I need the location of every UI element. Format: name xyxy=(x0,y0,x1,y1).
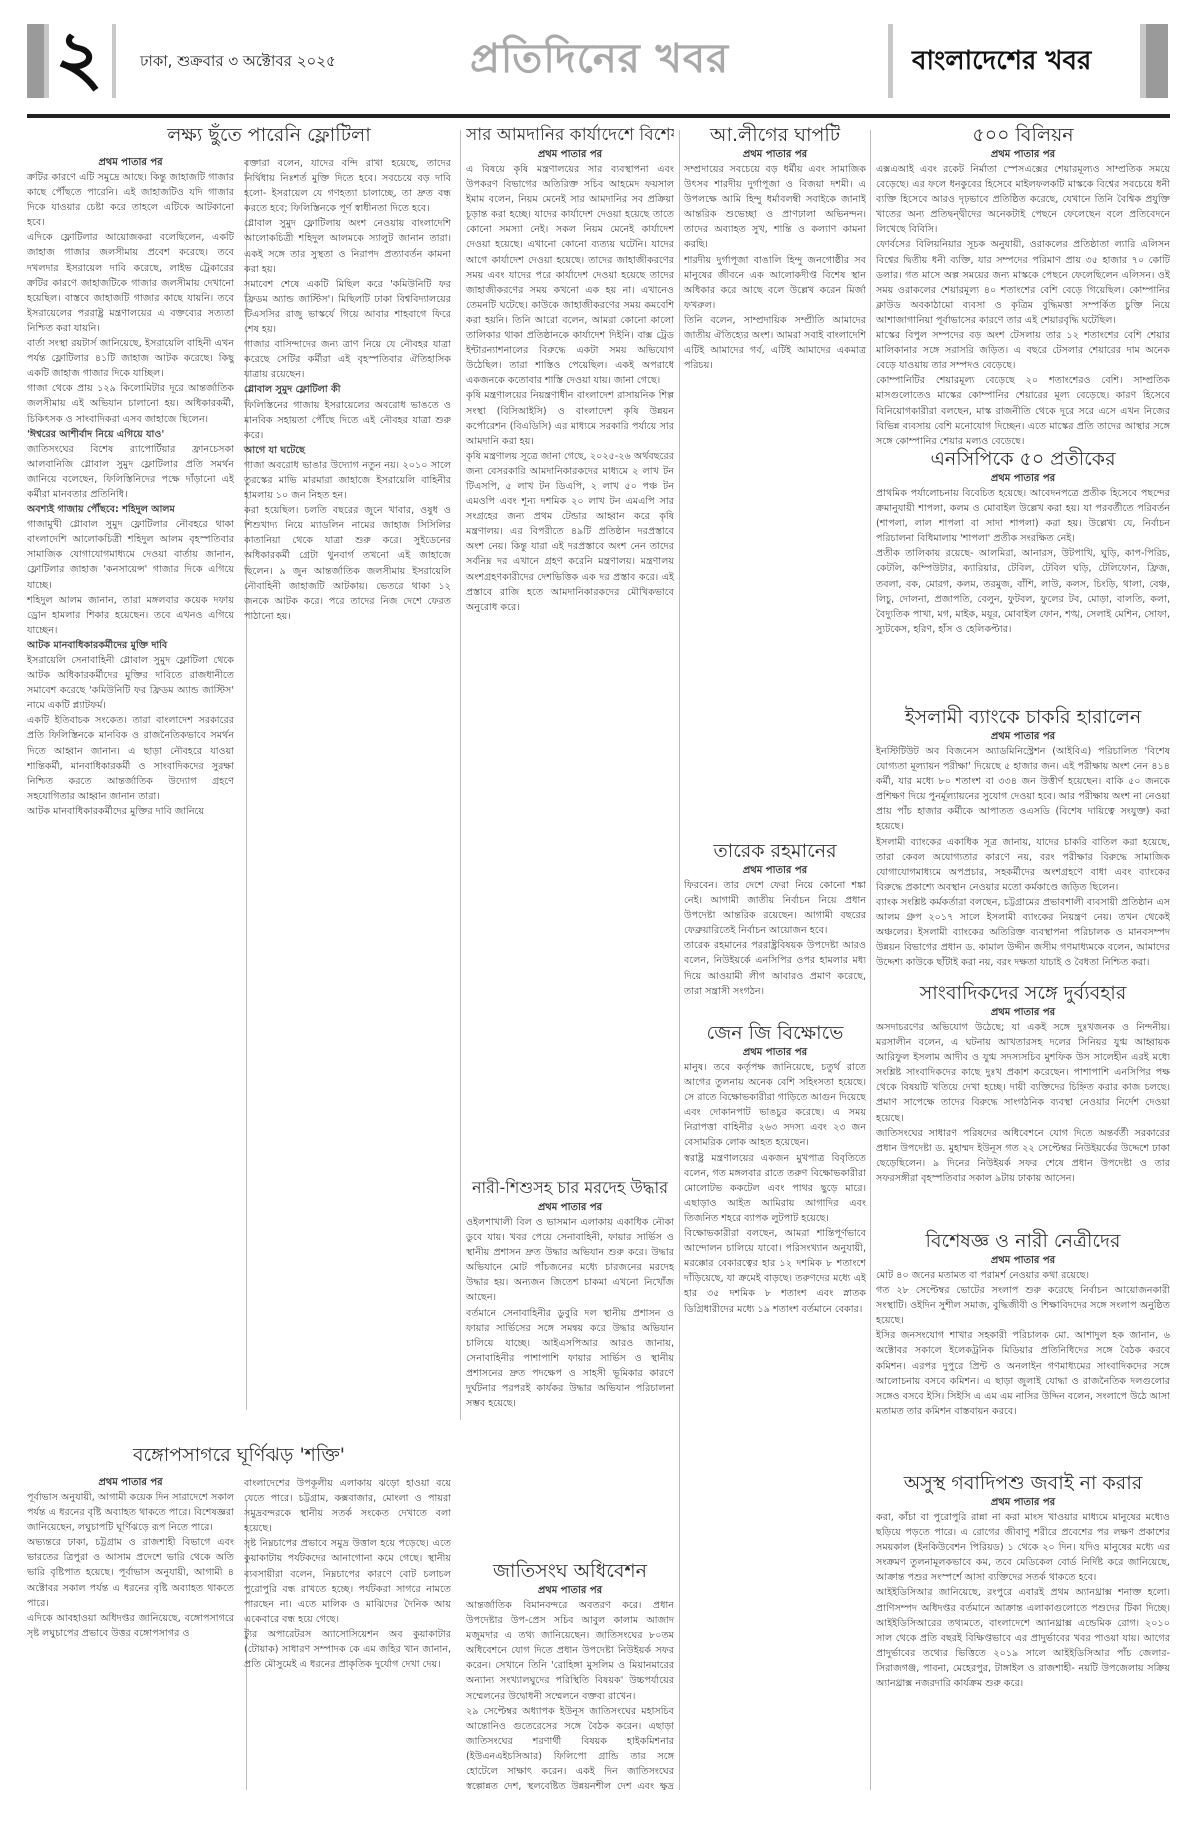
paragraph: ক্রটির কারণে এটি সমুদ্রে আছে। কিন্তু জাহ… xyxy=(27,170,234,230)
article-body: ইনস্টিটিউট অব বিজনেস অ্যাডমিনিস্ট্রেশন (… xyxy=(876,744,1170,970)
article-four-bodies: নারী-শিশুসহ চার মরদেহ উদ্ধার প্রথম পাতার… xyxy=(466,1175,674,1555)
paragraph: মানুষ। তবে কর্তৃপক্ষ জানিয়েছে, চতুর্থ র… xyxy=(684,1060,866,1151)
paragraph: অসদাচরণের অভিযোগ উঠেছে; যা একই সঙ্গে দুঃ… xyxy=(876,1020,1170,1126)
paragraph: আটক মানবাধিকারকর্মীদের মুক্তির দাবি জানি… xyxy=(27,804,234,819)
subhead: গ্লোবাল সুমুদ ফ্লোটিলা কী xyxy=(244,382,451,397)
paragraph: ফোর্বসের বিলিয়নিয়ার সূচক অনুযায়ী, ওরা… xyxy=(876,237,1170,328)
article-body: এক্সএআই এবং রকেট নির্মাতা স্পেসএক্সের শে… xyxy=(876,162,1170,444)
paragraph: প্রতীক তালিকায় রয়েছে- আলমিরা, আনারস, উ… xyxy=(876,546,1170,637)
paragraph: তিনি বলেন, সাম্প্রদায়িক সম্প্রীতি আমাদে… xyxy=(684,313,866,373)
paragraph: মাস্কের বিপুল সম্পদের বড় অংশ টেসলায় তা… xyxy=(876,328,1170,373)
divider xyxy=(112,24,116,98)
paragraph: স্বরাষ্ট্র মন্ত্রণালয়ের একজন মুখপাত্র ব… xyxy=(684,1151,866,1226)
article-tarique: তারেক রহমানের প্রথম পাতার পর ফিরবেন। তার… xyxy=(684,838,866,1018)
article-body: বক্তারা বলেন, যাদের বন্দি রাখা হয়েছে, ত… xyxy=(244,156,451,624)
article-anthrax: অসুস্থ গবাদিপশু জবাই না করার প্রথম পাতার… xyxy=(876,1470,1170,1790)
article-journalists: সাংবাদিকদের সঙ্গে দুর্ব্যবহার প্রথম পাতা… xyxy=(876,980,1170,1225)
column-rule xyxy=(870,130,871,1790)
divider xyxy=(888,24,893,98)
paragraph: এক্সএআই এবং রকেট নির্মাতা স্পেসএক্সের শে… xyxy=(876,162,1170,237)
headline: তারেক রহমানের xyxy=(684,838,866,864)
paragraph: ট্যুর অপারেটরস অ্যাসোসিয়েশন অব কুয়াকাট… xyxy=(244,1627,451,1672)
article-islami-bank: ইসলামী ব্যাংকে চাকরি হারালেন প্রথম পাতার… xyxy=(876,704,1170,978)
continued-label: প্রথম পাতার পর xyxy=(27,156,234,170)
decorative-bar xyxy=(27,24,44,98)
paragraph: কৃষি মন্ত্রণালয় সূত্রে জানা গেছে, ২০২৫-… xyxy=(466,449,674,615)
subhead: 'ঈশ্বরের আশীর্বাদ নিয়ে এগিয়ে যাও' xyxy=(27,427,234,442)
headline: নারী-শিশুসহ চার মরদেহ উদ্ধার xyxy=(466,1175,674,1201)
masthead: ২ ঢাকা, শুক্রবার ৩ অক্টোবর ২০২৫ প্রতিদিন… xyxy=(0,0,1200,116)
paragraph: ওইলশাখালী বিল ও ভাসমান এলাকায় একাধিক নৌ… xyxy=(466,1215,674,1306)
article-flotilla: লক্ষ্য ছুঁতে পারেনি ফ্লোটিলা প্রথম পাতার… xyxy=(27,122,451,1440)
paragraph: গত ২৮ সেপ্টেম্বর ভোটের সংলাপ শুরু করেছে … xyxy=(876,1283,1170,1328)
article-body: অসদাচরণের অভিযোগ উঠেছে; যা একই সঙ্গে দুঃ… xyxy=(876,1020,1170,1186)
paragraph: কৃষি মন্ত্রণালয়ের নিয়ন্ত্রণাধীন বাংলাদ… xyxy=(466,388,674,448)
headline: অসুস্থ গবাদিপশু জবাই না করার xyxy=(876,1470,1170,1496)
headline: ৫০০ বিলিয়ন xyxy=(876,122,1170,148)
article-body: সম্প্রদায়ের সবচেয়ে বড় ধর্মীয় এবং সাম… xyxy=(684,162,866,373)
headline: আ.লীগের ঘাপটি xyxy=(684,122,866,148)
paragraph: শহিদুল আলম জানান, তারা মঙ্গলবার কয়েক দফ… xyxy=(27,593,234,638)
paragraph: বাংলাদেশের উপকূলীয় এলাকায় ঝড়ো হাওয়া … xyxy=(244,1476,451,1536)
paragraph: এদিকে আবহাওয়া অধিদপ্তর জানিয়েছে, বঙ্গো… xyxy=(27,1611,234,1641)
article-ncp-symbols: এনসিপিকে ৫০ প্রতীকের প্রথম পাতার পর প্রা… xyxy=(876,446,1170,702)
article-500-billion: ৫০০ বিলিয়ন প্রথম পাতার পর এক্সএআই এবং র… xyxy=(876,122,1170,444)
paragraph: করা, কাঁচা বা পুরোপুরি রান্না না করা মাং… xyxy=(876,1510,1170,1585)
continued-label: প্রথম পাতার পর xyxy=(684,864,866,878)
page-number: ২ xyxy=(55,18,103,98)
continued-label: প্রথম পাতার পর xyxy=(466,1201,674,1215)
headline: জাতিসংঘ অধিবেশন xyxy=(466,1558,674,1584)
headline: বঙ্গোপসাগরে ঘূর্ণিঝড় 'শক্তি' xyxy=(27,1442,451,1468)
article-fertilizer: সার আমদানির কার্যাদেশে বিশেষ প্রথম পাতার… xyxy=(466,122,674,1172)
article-awami-league: আ.লীগের ঘাপটি প্রথম পাতার পর সম্প্রদায়ে… xyxy=(684,122,866,782)
article-body: ওইলশাখালী বিল ও ভাসমান এলাকায় একাধিক নৌ… xyxy=(466,1215,674,1411)
continued-label: প্রথম পাতার পর xyxy=(876,148,1170,162)
article-cyclone: বঙ্গোপসাগরে ঘূর্ণিঝড় 'শক্তি' প্রথম পাতা… xyxy=(27,1442,451,1790)
article-un-session: জাতিসংঘ অধিবেশন প্রথম পাতার পর আন্তর্জাত… xyxy=(466,1558,674,1790)
continued-label: প্রথম পাতার পর xyxy=(876,1254,1170,1268)
subhead: আটক মানবাধিকারকর্মীদের মুক্তি দাবি xyxy=(27,638,234,653)
paragraph: ইসির জনসংযোগ শাখার সহকারী পরিচালক মো. আশ… xyxy=(876,1328,1170,1419)
paragraph: ফিরবেন। তার দেশে ফেরা নিয়ে কোনো শঙ্কা ন… xyxy=(684,878,866,938)
paragraph: গাজার বাসিন্দাদের জন্য ত্রাণ নিয়ে যে নৌ… xyxy=(244,337,451,382)
paragraph: জাতিসংঘের সাধারণ পরিষদের অধিবেশনে যোগ দি… xyxy=(876,1126,1170,1186)
paragraph: বর্তমানে সেনাবাহিনীর ডুবুরি দল স্থানীয় … xyxy=(466,1306,674,1412)
article-body: মানুষ। তবে কর্তৃপক্ষ জানিয়েছে, চতুর্থ র… xyxy=(684,1060,866,1317)
paragraph: একটি ইতিবাচক সংকেত। তারা বাংলাদেশ সরকারে… xyxy=(27,713,234,804)
paragraph: গাজামুখী গ্লোবাল সুমুদ ফ্লোটিলার নৌবহরে … xyxy=(27,517,234,592)
continued-label: প্রথম পাতার পর xyxy=(876,1006,1170,1020)
paragraph: সৃষ্ট নিম্নচাপের প্রভাবে সমুদ্র উত্তাল হ… xyxy=(244,1536,451,1627)
paragraph: গাজা অবরোধ ভাঙার উদ্যোগ নতুন নয়। ২০১০ স… xyxy=(244,458,451,503)
paragraph: এ বিষয়ে কৃষি মন্ত্রণালয়ের সার ব্যবস্থা… xyxy=(466,162,674,388)
paragraph: আইইডিসিআর জানিয়েছে, রংপুরে এবারই প্রথম … xyxy=(876,1585,1170,1691)
dateline: ঢাকা, শুক্রবার ৩ অক্টোবর ২০২৫ xyxy=(140,50,336,75)
headline: এনসিপিকে ৫০ প্রতীকের xyxy=(876,446,1170,472)
headline: লক্ষ্য ছুঁতে পারেনি ফ্লোটিলা xyxy=(27,122,451,148)
decorative-bar xyxy=(44,24,49,98)
paragraph: কোম্পানিটির শেয়ারমূল্য বেড়েছে ২০ শতাংশ… xyxy=(876,373,1170,444)
paragraph: মোট ৪০ জনের মতামত বা পরামর্শ নেওয়ার কথা… xyxy=(876,1268,1170,1283)
article-body: প্রাথমিক পর্যালোচনায় বিবেচিত হয়েছে। আব… xyxy=(876,486,1170,637)
continued-label: প্রথম পাতার পর xyxy=(466,148,674,162)
continued-label: প্রথম পাতার পর xyxy=(684,1046,866,1060)
paragraph: আন্তর্জাতিক বিমানবন্দরে অবতরণ করে। প্রধা… xyxy=(466,1598,674,1704)
paragraph: বিক্ষোভকারীরা বলছেন, আমরা শান্তিপূর্ণভাব… xyxy=(684,1226,866,1317)
article-body: করা, কাঁচা বা পুরোপুরি রান্না না করা মাং… xyxy=(876,1510,1170,1691)
article-body: ফিরবেন। তার দেশে ফেরা নিয়ে কোনো শঙ্কা ন… xyxy=(684,878,866,999)
masthead-rule xyxy=(27,114,1170,118)
paragraph: বার্তা সংস্থা রয়টার্স জানিয়েছে, ইসরায়… xyxy=(27,336,234,381)
paragraph: পূর্বাভাস অনুযায়ী, আগামী কয়েক দিন সারা… xyxy=(27,1490,234,1535)
continued-label: প্রথম পাতার পর xyxy=(876,1496,1170,1510)
article-body: ক্রটির কারণে এটি সমুদ্রে আছে। কিন্তু জাহ… xyxy=(27,170,234,819)
continued-label: প্রথম পাতার পর xyxy=(876,730,1170,744)
paragraph: প্রাথমিক পর্যালোচনায় বিবেচিত হয়েছে। আব… xyxy=(876,486,1170,546)
paragraph: জাতিসংঘের বিশেষ র‍্যাপোর্টিয়ার ফ্রানচেস… xyxy=(27,442,234,502)
decorative-bar xyxy=(1146,24,1168,98)
headline: ইসলামী ব্যাংকে চাকরি হারালেন xyxy=(876,704,1170,730)
paragraph: করা হয়েছিল। চলতি বছরের জুনে খাবার, ওষুধ… xyxy=(244,503,451,624)
article-body: পূর্বাভাস অনুযায়ী, আগামী কয়েক দিন সারা… xyxy=(27,1490,234,1641)
paragraph: অভ্যন্তরে ঢাকা, চট্টগ্রাম ও রাজশাহী বিভা… xyxy=(27,1535,234,1610)
section-title: বাংলাদেশের খবর xyxy=(912,40,1091,84)
article-body: আন্তর্জাতিক বিমানবন্দরে অবতরণ করে। প্রধা… xyxy=(466,1598,674,1790)
headline: জেন জি বিক্ষোভে xyxy=(684,1020,866,1046)
paragraph: ২৯ সেপ্টেম্বর অধ্যাপক ইউনূস জাতিসংঘের মহ… xyxy=(466,1704,674,1790)
article-body: বাংলাদেশের উপকূলীয় এলাকায় ঝড়ো হাওয়া … xyxy=(244,1476,451,1672)
paragraph: সমাবেশ শেষে একটি মিছিল করে 'কমিউনিটি ফর … xyxy=(244,277,451,337)
article-body: মোট ৪০ জনের মতামত বা পরামর্শ নেওয়ার কথা… xyxy=(876,1268,1170,1419)
paragraph: এদিকে ফ্লোটিলার আয়োজকরা বলেছিলেন, একটি … xyxy=(27,230,234,336)
paragraph: ইসলামী ব্যাংকের একাধিক সূত্র জানায়, যাদ… xyxy=(876,835,1170,895)
continued-label: প্রথম পাতার পর xyxy=(466,1584,674,1598)
subhead: অবশ্যই গাজায় পৌঁছবে: শহিদুল আলম xyxy=(27,502,234,517)
paragraph: বক্তারা বলেন, যাদের বন্দি রাখা হয়েছে, ত… xyxy=(244,156,451,216)
newspaper-logo: প্রতিদিনের খবর xyxy=(470,34,729,84)
paragraph: ফিলিস্তিনের গাজায় ইসরায়েলের অবরোধ ভাঙত… xyxy=(244,398,451,443)
paragraph: ইনস্টিটিউট অব বিজনেস অ্যাডমিনিস্ট্রেশন (… xyxy=(876,744,1170,835)
continued-label: প্রথম পাতার পর xyxy=(876,472,1170,486)
column-rule xyxy=(460,130,461,1420)
subhead: আগে যা ঘটেছে xyxy=(244,443,451,458)
column-rule xyxy=(679,130,680,1790)
paragraph: তারেক রহমানের পররাষ্ট্রবিষয়ক উপদেষ্টা আ… xyxy=(684,938,866,998)
paragraph: ইসরায়েলি সেনাবাহিনী গ্লোবাল সুমুদ ফ্লোট… xyxy=(27,653,234,713)
paragraph: সম্প্রদায়ের সবচেয়ে বড় ধর্মীয় এবং সাম… xyxy=(684,162,866,253)
article-genz: জেন জি বিক্ষোভে প্রথম পাতার পর মানুষ। তব… xyxy=(684,1020,866,1790)
paragraph: শারদীয় দুর্গাপূজা বাঙালি হিন্দু জনগোষ্ঠ… xyxy=(684,253,866,313)
continued-label: প্রথম পাতার পর xyxy=(27,1476,234,1490)
article-body: এ বিষয়ে কৃষি মন্ত্রণালয়ের সার ব্যবস্থা… xyxy=(466,162,674,615)
headline: বিশেষজ্ঞ ও নারী নেত্রীদের xyxy=(876,1228,1170,1254)
continued-label: প্রথম পাতার পর xyxy=(684,148,866,162)
article-experts-women: বিশেষজ্ঞ ও নারী নেত্রীদের প্রথম পাতার পর… xyxy=(876,1228,1170,1466)
headline: সাংবাদিকদের সঙ্গে দুর্ব্যবহার xyxy=(876,980,1170,1006)
headline: সার আমদানির কার্যাদেশে বিশেষ xyxy=(466,122,674,148)
paragraph: ব্যাংক সংশ্লিষ্ট কর্মকর্তারা বলছেন, চট্ট… xyxy=(876,895,1170,970)
paragraph: গাজা থেকে প্রায় ১২৯ কিলোমিটার দূরে আন্ত… xyxy=(27,381,234,426)
paragraph: গ্লোবাল সুমুদ ফ্লোটিলায় অংশ নেওয়ায় বা… xyxy=(244,216,451,276)
